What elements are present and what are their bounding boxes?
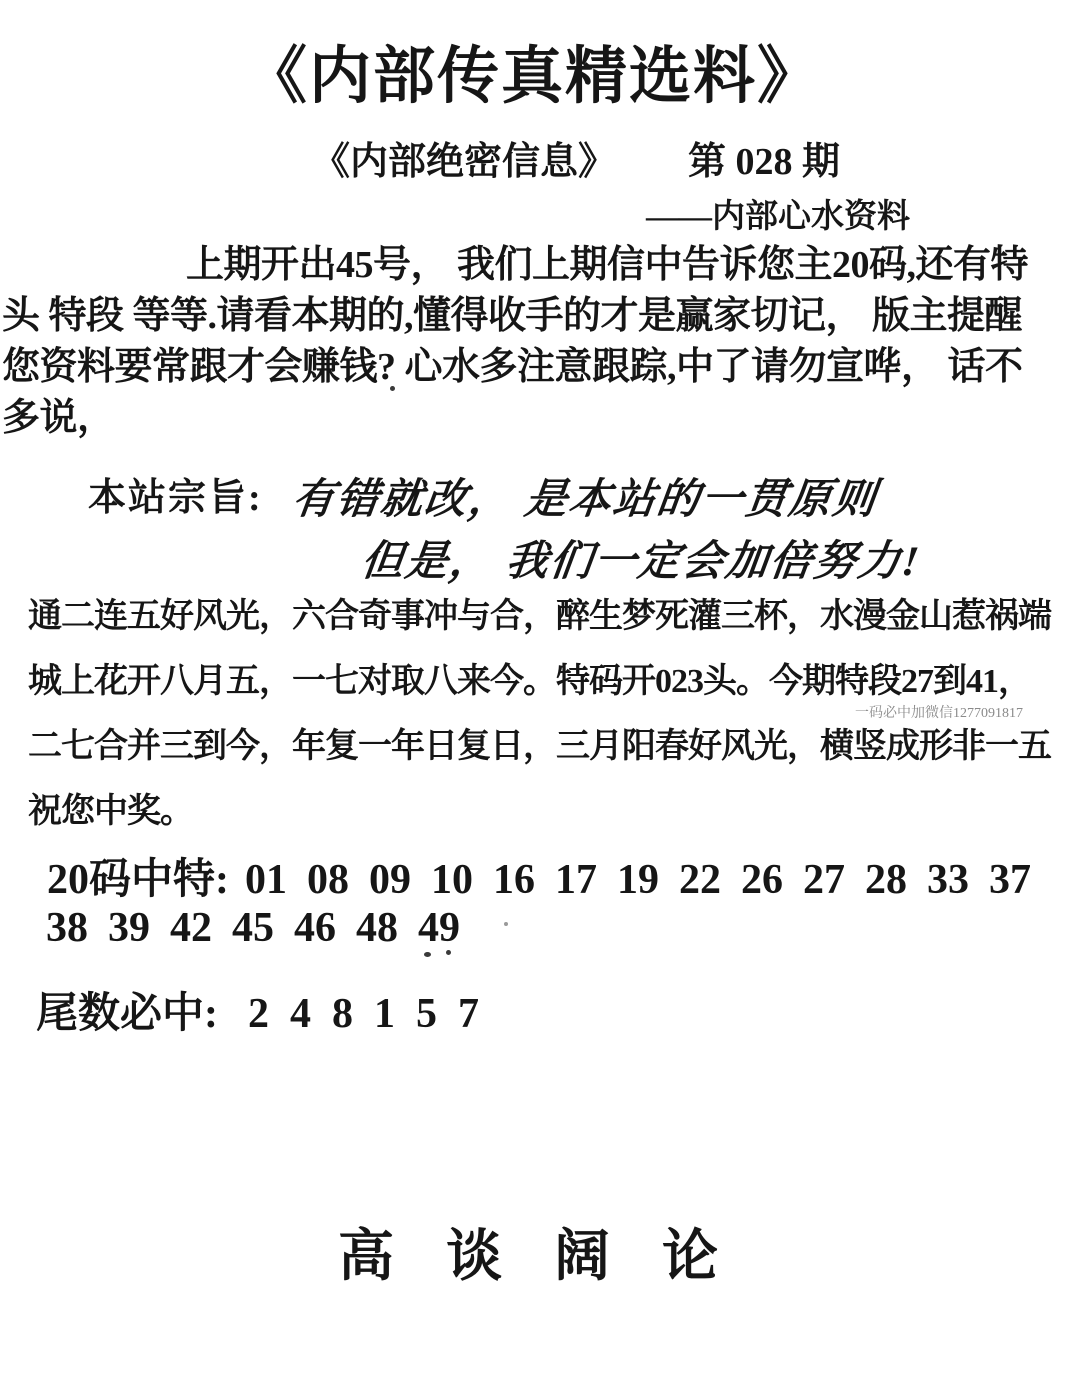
motto-handwritten-line-1: 有错就改， 是本站的一贯原则 (289, 466, 881, 526)
tails-label: 尾数必中: (36, 980, 218, 1040)
picks-row-1: 20码中特: 01080910161719222627283337 (47, 846, 1031, 906)
number-value: 7 (458, 990, 479, 1038)
scan-speck (390, 386, 395, 391)
number-value: 26 (741, 856, 783, 904)
number-value: 1 (374, 990, 395, 1038)
fax-sheet-page: 《内部传真精选料》 《内部绝密信息》 第 028 期 ——内部心水资料 上期开出… (0, 0, 1066, 1388)
number-value: 2 (248, 990, 269, 1038)
scan-speck (446, 950, 451, 955)
intro-line-3: 您资料要常跟才会赚钱? 心水多注意跟踪,中了请勿宣哗， 话不 (2, 342, 1064, 393)
number-value: 28 (865, 856, 907, 904)
intro-line-2: 头 特段 等等.请看本期的,懂得收手的才是赢家切记， 版主提醒 (2, 291, 1064, 342)
picks-numbers-row-1: 01080910161719222627283337 (245, 856, 1031, 904)
number-value: 48 (356, 904, 398, 952)
number-value: 01 (245, 856, 287, 904)
poem-line-1: 通二连五好风光，六合奇事冲与合，醉生梦死灌三杯，水漫金山惹祸端 (28, 592, 1051, 657)
subtitle-row: 《内部绝密信息》 第 028 期 (312, 130, 840, 185)
picks-label: 20码中特: (47, 846, 229, 906)
number-value: 37 (989, 856, 1031, 904)
footer-title: 高 谈 阔 论 (0, 1212, 1066, 1292)
intro-paragraph: 上期开出45号， 我们上期信中告诉您主20码,还有特 头 特段 等等.请看本期的… (2, 240, 1064, 444)
poem-section: 通二连五好风光，六合奇事冲与合，醉生梦死灌三杯，水漫金山惹祸端 城上花开八月五，… (28, 592, 1051, 852)
poem-line-3: 二七合并三到今，年复一年日复日，三月阳春好风光，横竖成形非一五 (28, 722, 1051, 787)
number-value: 42 (170, 904, 212, 952)
tails-row: 尾数必中: 248157 (36, 980, 500, 1040)
number-value: 8 (332, 990, 353, 1038)
issue-number: 第 028 期 (688, 130, 840, 185)
number-value: 5 (416, 990, 437, 1038)
number-value: 45 (232, 904, 274, 952)
number-value: 39 (108, 904, 150, 952)
number-value: 10 (431, 856, 473, 904)
motto-handwritten-line-2: 但是， 我们一定会加倍努力! (358, 528, 924, 588)
page-title: 《内部传真精选料》 (0, 26, 1066, 115)
intro-line-1: 上期开出45号， 我们上期信中告诉您主20码,还有特 (2, 240, 1064, 291)
motto-label: 本站宗旨: (88, 466, 263, 521)
number-value: 08 (307, 856, 349, 904)
number-value: 19 (617, 856, 659, 904)
tagline: ——内部心水资料 (646, 190, 910, 237)
subtitle: 《内部绝密信息》 (312, 130, 616, 185)
number-value: 4 (290, 990, 311, 1038)
number-value: 46 (294, 904, 336, 952)
number-value: 27 (803, 856, 845, 904)
intro-line-4: 多说， (2, 393, 1064, 444)
poem-line-4: 祝您中奖。 (28, 787, 1051, 852)
scan-speck (424, 952, 431, 957)
number-value: 33 (927, 856, 969, 904)
number-value: 17 (555, 856, 597, 904)
scan-speck (504, 922, 508, 926)
picks-numbers-row-2: 38394245464849 (46, 904, 460, 952)
number-value: 09 (369, 856, 411, 904)
number-value: 16 (493, 856, 535, 904)
motto-row: 本站宗旨: 有错就改， 是本站的一贯原则 (88, 466, 877, 526)
tails-digits: 248157 (248, 990, 500, 1038)
number-value: 49 (418, 904, 460, 952)
number-value: 38 (46, 904, 88, 952)
number-value: 22 (679, 856, 721, 904)
wechat-watermark: 一码必中加微信1277091817 (855, 702, 1023, 722)
